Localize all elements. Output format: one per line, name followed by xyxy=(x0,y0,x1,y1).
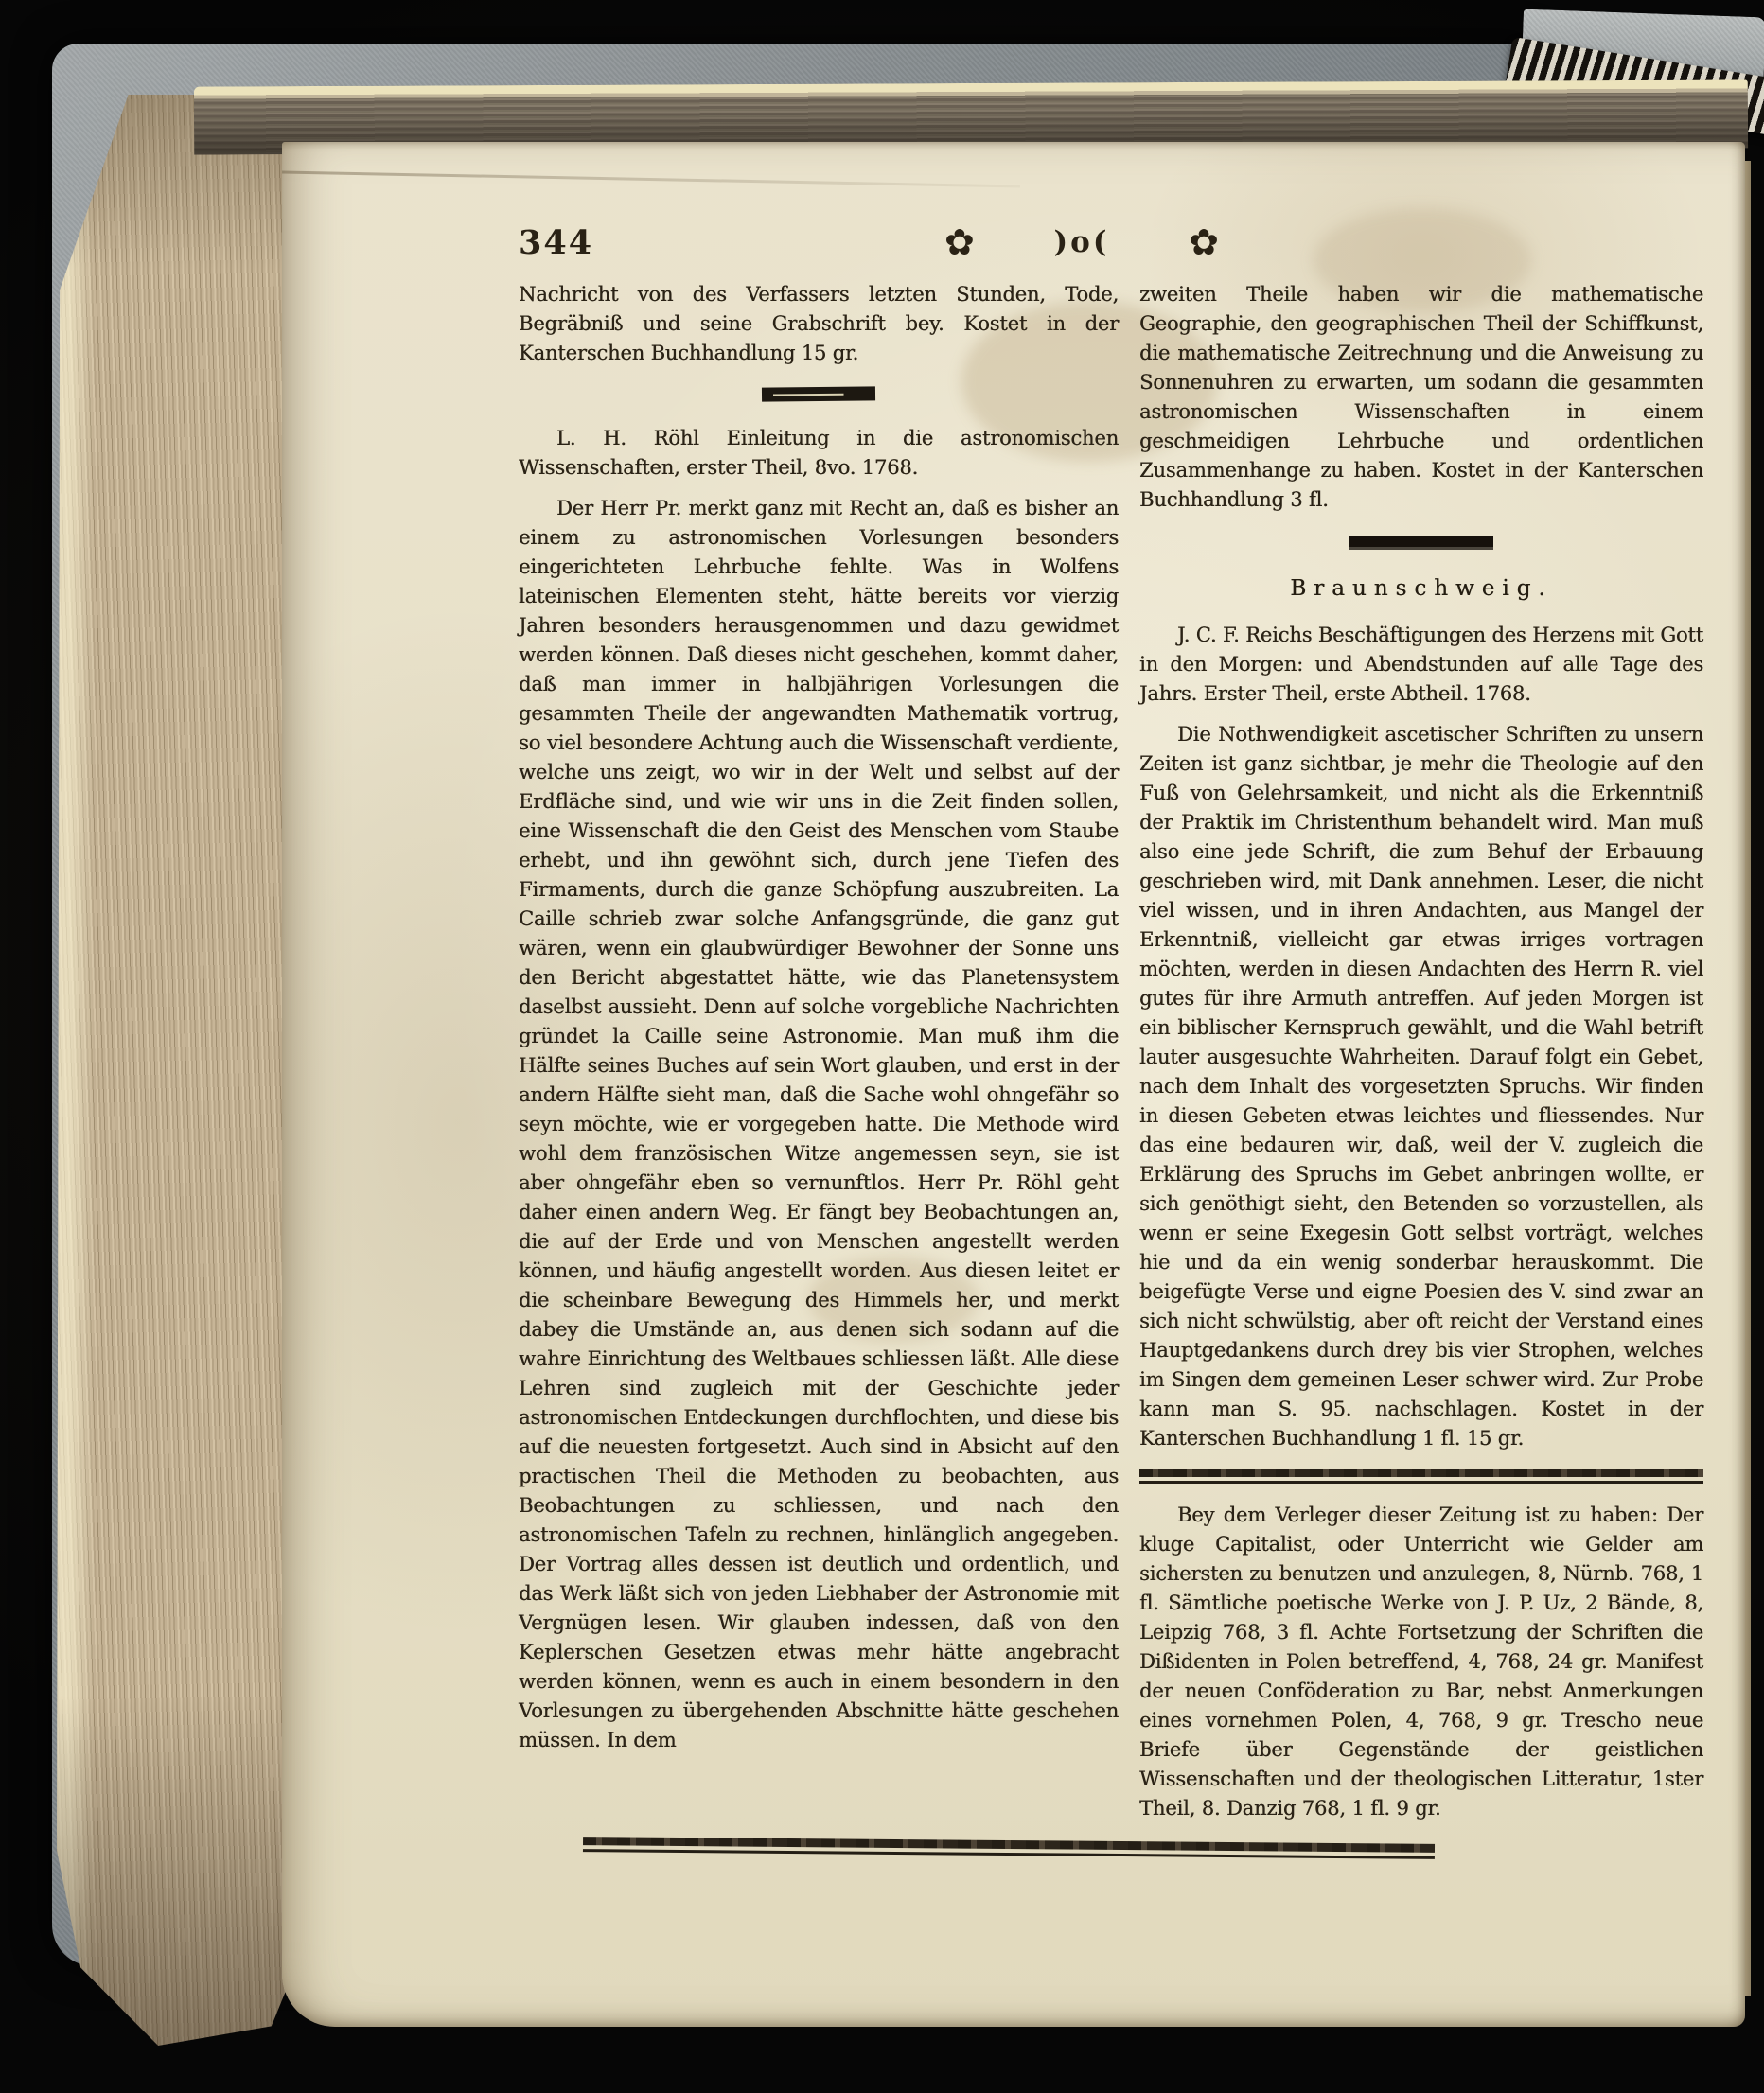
entry-heading-roehl: L. H. Röhl Einleitung in die astronomisc… xyxy=(519,424,1119,483)
page-number: 344 xyxy=(519,223,593,262)
scanned-book-photo: 344 ✿ )o( ✿ Nachricht von des Verfassers… xyxy=(0,0,1764,2093)
flower-ornament-icon: ✿ xyxy=(944,224,975,260)
column-separator-mark: )o( xyxy=(1053,225,1109,259)
page-crease xyxy=(282,171,1020,188)
bottom-divider-rule xyxy=(583,1837,1435,1859)
medium-divider-rule xyxy=(1349,536,1493,550)
heavy-divider-rule xyxy=(1139,1469,1703,1484)
small-divider-rule xyxy=(762,386,875,401)
section-heading-braunschweig: Braunschweig. xyxy=(1139,574,1703,604)
left-column: Nachricht von des Verfassers letzten Stu… xyxy=(519,280,1119,1755)
review-paragraph-reich: Die Nothwendigkeit ascetischer Schriften… xyxy=(1139,720,1703,1453)
book-page: 344 ✿ )o( ✿ Nachricht von des Verfassers… xyxy=(282,142,1745,2027)
header-ornaments: ✿ )o( ✿ xyxy=(944,216,1219,269)
right-column: zweiten Theile haben wir die mathematisc… xyxy=(1139,280,1703,1823)
entry-heading-reich: J. C. F. Reichs Beschäftigungen des Herz… xyxy=(1139,621,1703,709)
flower-ornament-icon: ✿ xyxy=(1189,224,1219,260)
closing-notice-paragraph: Nachricht von des Verfassers letzten Stu… xyxy=(519,280,1119,368)
review-paragraph-roehl: Der Herr Pr. merkt ganz mit Recht an, da… xyxy=(519,494,1119,1755)
publisher-notice-paragraph: Bey dem Verleger dieser Zeitung ist zu h… xyxy=(1139,1501,1703,1823)
continuation-paragraph: zweiten Theile haben wir die mathematisc… xyxy=(1139,280,1703,515)
